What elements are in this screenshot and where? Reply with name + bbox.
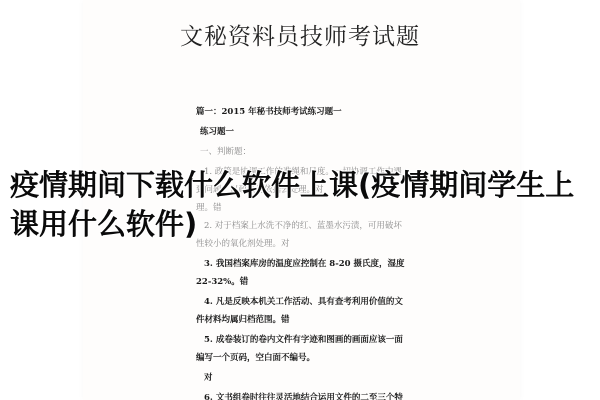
article-cover-image: 文秘资料员技师考试题 篇一：2015 年秘书技师考试练习题一练习题一一、判断题：… [0,0,600,400]
document-title: 文秘资料员技师考试题 [0,18,600,51]
document-line: 5. 成卷装订的卷内文件有字迹和图画的画面应该一面 [204,334,403,346]
document-line: 3. 我国档案库房的温度应控制在 8-20 摄氏度，湿度 [204,258,405,270]
document-line: 22-32%。错 [196,276,248,288]
document-line: 练习题一 [200,126,234,138]
overlay-headline: 疫情期间下载什么软件上课(疫情期间学生上课用什么软件) [10,166,595,244]
document-line: 对 [204,372,213,384]
document-line: 6. 文书组卷时往往灵活地结合运用文件的二至三个特 [204,392,403,400]
document-line: 编写一个页码，空白面不编号。 [196,352,315,364]
document-line: 篇一：2015 年秘书技师考试练习题一 [196,106,342,118]
document-line: 一、判断题： [200,146,251,158]
document-line: 件材料均属归档范围。错 [196,314,290,326]
document-line: 4. 凡是反映本机关工作活动、具有查考利用价值的文 [204,296,403,308]
